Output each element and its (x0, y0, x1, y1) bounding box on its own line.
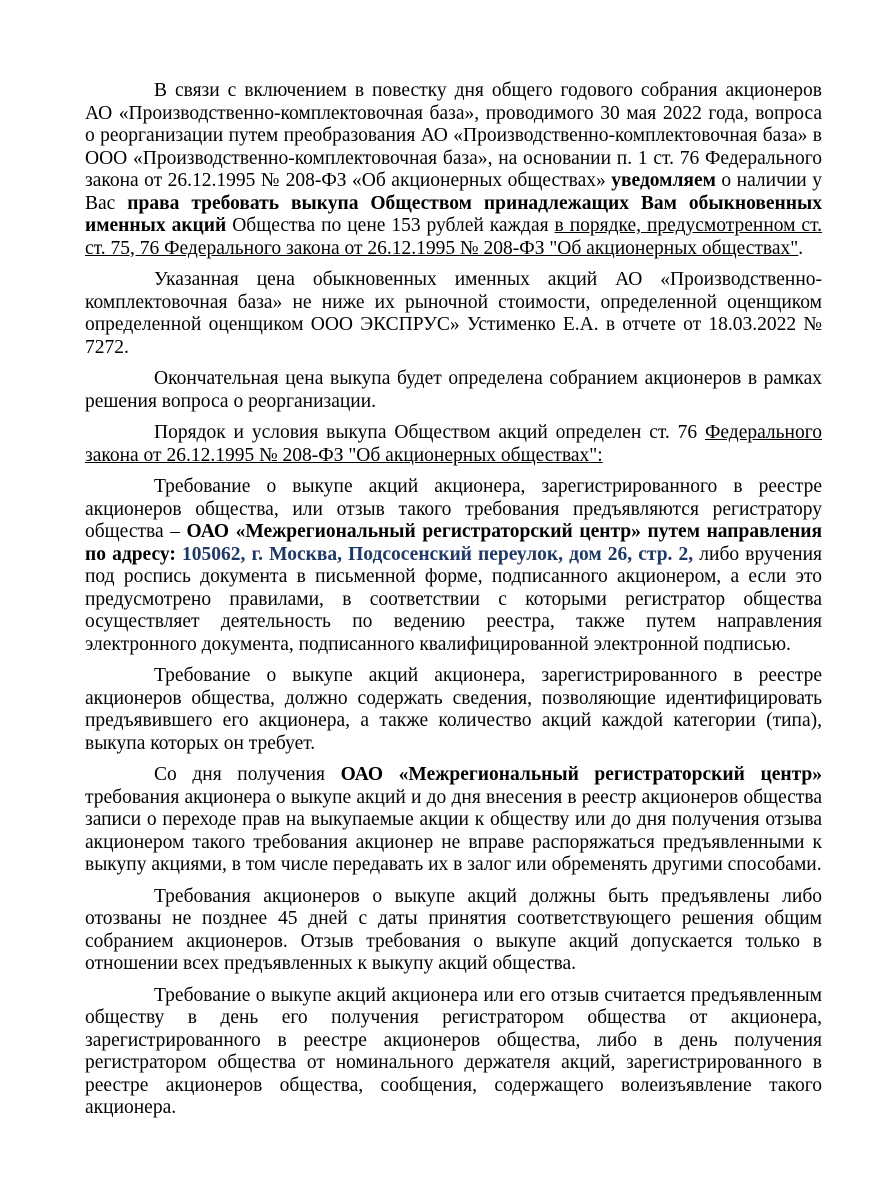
paragraph-7: Со дня получения ОАО «Межрегиональный ре… (85, 764, 822, 877)
paragraph-2: Указанная цена обыкновенных именных акци… (85, 269, 822, 359)
text-run: . (798, 238, 803, 259)
paragraph-3: Окончательная цена выкупа будет определе… (85, 368, 822, 413)
text-run: 105062, г. Москва, Подсосенский переулок… (182, 544, 693, 565)
document-body: В связи с включением в повестку дня обще… (85, 80, 822, 1120)
text-run: требования акционера о выкупе акций и до… (85, 787, 822, 876)
document-page: В связи с включением в повестку дня обще… (0, 0, 873, 1187)
text-run: Общества по цене 153 рублей каждая (226, 215, 554, 236)
paragraph-6: Требование о выкупе акций акционера, зар… (85, 665, 822, 755)
text-run: Требование о выкупе акций акционера, зар… (85, 665, 822, 754)
text-run: уведомляем (611, 170, 716, 191)
text-run: Требования акционеров о выкупе акций дол… (85, 886, 822, 975)
paragraph-5: Требование о выкупе акций акционера, зар… (85, 476, 822, 656)
paragraph-9: Требование о выкупе акций акционера или … (85, 985, 822, 1120)
text-run: Со дня получения (154, 764, 341, 785)
paragraph-8: Требования акционеров о выкупе акций дол… (85, 886, 822, 976)
text-run: Окончательная цена выкупа будет определе… (85, 368, 822, 412)
text-run: Указанная цена обыкновенных именных акци… (85, 269, 822, 358)
paragraph-4: Порядок и условия выкупа Обществом акций… (85, 422, 822, 467)
text-run: Порядок и условия выкупа Обществом акций… (154, 422, 705, 443)
text-run: Требование о выкупе акций акционера или … (85, 985, 822, 1119)
paragraph-1: В связи с включением в повестку дня обще… (85, 80, 822, 260)
text-run: ОАО «Межрегиональный регистраторский цен… (341, 764, 822, 785)
